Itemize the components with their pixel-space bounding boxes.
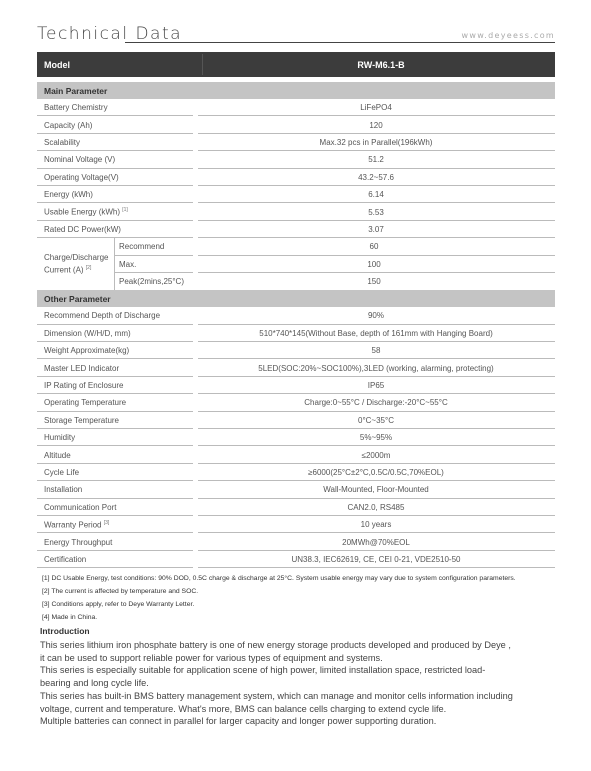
footnote: [2] The current is affected by temperatu… [42, 585, 516, 598]
row-value: CAN2.0, RS485 [197, 503, 555, 512]
charge-discharge-current-group: Charge/Discharge Current (A) [2] Recomme… [37, 238, 555, 290]
intro-line: This series has built-in BMS battery man… [40, 691, 513, 701]
table-row: ScalabilityMax.32 pcs in Parallel(196kWh… [37, 134, 555, 151]
subrow-value: 100 [193, 260, 555, 269]
row-label: Warranty Period [3] [37, 520, 197, 530]
current-subrow: Recommend60 [115, 238, 555, 255]
table-row: Altitude≤2000m [37, 446, 555, 463]
table-row: IP Rating of EnclosureIP65 [37, 377, 555, 394]
row-value: Max.32 pcs in Parallel(196kWh) [197, 138, 555, 147]
footnotes: [1] DC Usable Energy, test conditions: 9… [42, 572, 516, 624]
row-label: Usable Energy (kWh) [1] [37, 207, 197, 217]
main-parameter-rows: Battery ChemistryLiFePO4Capacity (Ah)120… [37, 99, 555, 238]
row-label: Nominal Voltage (V) [37, 155, 197, 164]
row-value: ≥6000(25°C±2°C,0.5C/0.5C,70%EOL) [197, 468, 555, 477]
row-value: 43.2~57.6 [197, 173, 555, 182]
row-value: 20MWh@70%EOL [197, 538, 555, 547]
row-value: Charge:0~55°C / Discharge:-20°C~55°C [197, 398, 555, 407]
table-row: Energy Throughput20MWh@70%EOL [37, 533, 555, 550]
table-row: Battery ChemistryLiFePO4 [37, 99, 555, 116]
model-header-row: Model RW-M6.1-B [37, 52, 555, 77]
footnote: [4] Made in China. [42, 611, 516, 624]
row-label: Battery Chemistry [37, 103, 197, 112]
current-subrows: Recommend60Max.100Peak(2mins,25°C)150 [115, 238, 555, 290]
model-label: Model [37, 60, 207, 70]
current-subrow: Max.100 [115, 256, 555, 273]
row-label: Capacity (Ah) [37, 121, 197, 130]
table-row: CertificationUN38.3, IEC62619, CE, CEI 0… [37, 551, 555, 568]
table-row: Dimension (W/H/D, mm)510*740*145(Without… [37, 325, 555, 342]
table-row: Storage Temperature0°C~35°C [37, 412, 555, 429]
row-label: Certification [37, 555, 197, 564]
row-label: Cycle Life [37, 468, 197, 477]
row-label: Storage Temperature [37, 416, 197, 425]
footnote: [3] Conditions apply, refer to Deye Warr… [42, 598, 516, 611]
table-row: Rated DC Power(kW)3.07 [37, 221, 555, 238]
row-value: UN38.3, IEC62619, CE, CEI 0-21, VDE2510-… [197, 555, 555, 564]
subrow-value: 60 [193, 242, 555, 251]
section-other-parameter: Other Parameter [37, 290, 555, 307]
row-value: 0°C~35°C [197, 416, 555, 425]
table-row: Operating TemperatureCharge:0~55°C / Dis… [37, 394, 555, 411]
subrow-value: 150 [193, 277, 555, 286]
table-row: Energy (kWh)6.14 [37, 186, 555, 203]
row-label: Humidity [37, 433, 197, 442]
row-label: Scalability [37, 138, 197, 147]
row-label: Weight Approximate(kg) [37, 346, 197, 355]
intro-line: it can be used to support reliable power… [40, 653, 383, 663]
table-row: Cycle Life≥6000(25°C±2°C,0.5C/0.5C,70%EO… [37, 464, 555, 481]
model-value: RW-M6.1-B [207, 60, 555, 70]
page-title: Technical Data [37, 24, 182, 44]
table-row: Humidity5%~95% [37, 429, 555, 446]
row-value: 51.2 [197, 155, 555, 164]
row-value: 90% [197, 311, 555, 320]
introduction-section: Introduction This series lithium iron ph… [40, 626, 580, 728]
footnote-ref: [1] [122, 207, 128, 213]
table-row: Communication PortCAN2.0, RS485 [37, 499, 555, 516]
column-divider [202, 54, 203, 75]
row-value: 5LED(SOC:20%~SOC100%),3LED (working, ala… [197, 364, 555, 373]
row-label: Dimension (W/H/D, mm) [37, 329, 197, 338]
table-row: Operating Voltage(V)43.2~57.6 [37, 169, 555, 186]
table-row: Usable Energy (kWh) [1]5.53 [37, 203, 555, 220]
subrow-label: Max. [115, 260, 197, 269]
row-value: 510*740*145(Without Base, depth of 161mm… [197, 329, 555, 338]
row-value: 58 [197, 346, 555, 355]
row-label: Energy (kWh) [37, 190, 197, 199]
row-value: 5.53 [197, 208, 555, 217]
table-row: Weight Approximate(kg)58 [37, 342, 555, 359]
intro-line: This series is especially suitable for a… [40, 665, 485, 675]
intro-line: bearing and long cycle life. [40, 678, 149, 688]
row-value: 10 years [197, 520, 555, 529]
row-label: Energy Throughput [37, 538, 197, 547]
introduction-heading: Introduction [40, 626, 580, 636]
subrow-label: Peak(2mins,25°C) [115, 277, 197, 286]
row-value: IP65 [197, 381, 555, 390]
row-label: Operating Temperature [37, 398, 197, 407]
row-value: Wall-Mounted, Floor-Mounted [197, 485, 555, 494]
spec-table: Model RW-M6.1-B Main Parameter Battery C… [37, 52, 555, 568]
table-row: Nominal Voltage (V)51.2 [37, 151, 555, 168]
table-row: Recommend Depth of Discharge90% [37, 307, 555, 324]
row-value: 6.14 [197, 190, 555, 199]
row-label: Communication Port [37, 503, 197, 512]
row-value: 120 [197, 121, 555, 130]
row-label: Altitude [37, 451, 197, 460]
table-row: InstallationWall-Mounted, Floor-Mounted [37, 481, 555, 498]
row-label: Recommend Depth of Discharge [37, 311, 197, 320]
subrow-label: Recommend [115, 242, 197, 251]
table-row: Capacity (Ah)120 [37, 116, 555, 133]
row-label: IP Rating of Enclosure [37, 381, 197, 390]
row-value: LiFePO4 [197, 103, 555, 112]
website-url: www.deyeess.com [462, 31, 555, 40]
intro-line: Multiple batteries can connect in parall… [40, 716, 436, 726]
introduction-text: This series lithium iron phosphate batte… [40, 639, 580, 728]
row-value: 5%~95% [197, 433, 555, 442]
row-label: Master LED Indicator [37, 364, 197, 373]
row-label: Rated DC Power(kW) [37, 225, 197, 234]
table-row: Master LED Indicator5LED(SOC:20%~SOC100%… [37, 359, 555, 376]
intro-line: voltage, current and temperature. What's… [40, 704, 446, 714]
table-row: Warranty Period [3]10 years [37, 516, 555, 533]
row-label: Operating Voltage(V) [37, 173, 197, 182]
other-parameter-rows: Recommend Depth of Discharge90%Dimension… [37, 307, 555, 568]
title-underline [125, 42, 555, 43]
section-main-parameter: Main Parameter [37, 82, 555, 99]
row-label: Installation [37, 485, 197, 494]
current-subrow: Peak(2mins,25°C)150 [115, 273, 555, 290]
footnote-ref: [3] [104, 520, 110, 526]
intro-line: This series lithium iron phosphate batte… [40, 640, 511, 650]
row-value: ≤2000m [197, 451, 555, 460]
footnote: [1] DC Usable Energy, test conditions: 9… [42, 572, 516, 585]
row-value: 3.07 [197, 225, 555, 234]
current-group-label: Charge/Discharge Current (A) [2] [37, 238, 115, 290]
page-header: Technical Data www.deyeess.com [37, 22, 555, 46]
